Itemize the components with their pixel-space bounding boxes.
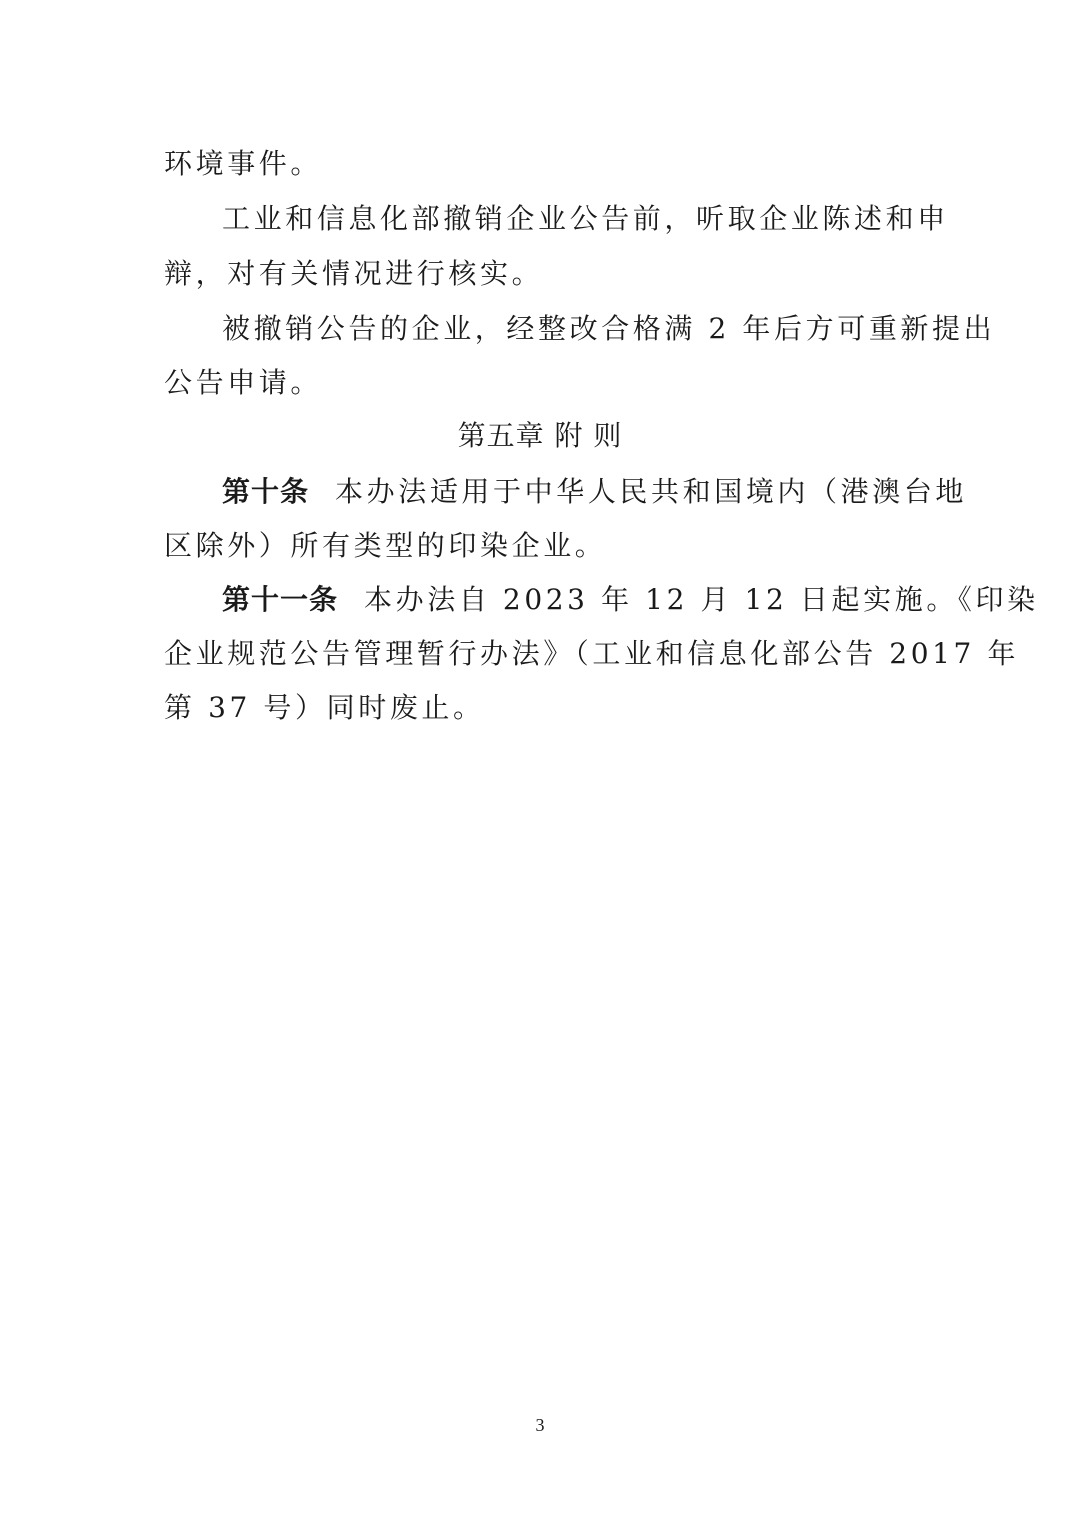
article-label: 第十一条 [222,583,338,616]
paragraph-line: 区除外）所有类型的印染企业。 [164,526,916,566]
paragraph-line: 辩，对有关情况进行核实。 [164,254,916,294]
document-page: 环境事件。 工业和信息化部撤销企业公告前，听取企业陈述和申 辩，对有关情况进行核… [0,0,1080,1526]
article-label: 第十条 [222,475,309,508]
article-text: 本办法自 2023 年 12 月 12 日起实施。《印染 [364,583,1039,616]
paragraph-line: 工业和信息化部撤销企业公告前，听取企业陈述和申 [222,199,916,239]
chapter-heading: 第五章 附 则 [0,416,1080,456]
paragraph-line: 公告申请。 [164,363,916,403]
paragraph-line: 企业规范公告管理暂行办法》（工业和信息化部公告 2017 年 [164,634,916,674]
paragraph-line: 环境事件。 [164,144,916,184]
article-10-line: 第十条本办法适用于中华人民共和国境内（港澳台地 [222,472,916,512]
paragraph-line: 第 37 号）同时废止。 [164,688,916,728]
article-text: 本办法适用于中华人民共和国境内（港澳台地 [335,475,967,508]
article-11-line: 第十一条本办法自 2023 年 12 月 12 日起实施。《印染 [222,580,916,620]
page-number: 3 [0,1414,1080,1436]
paragraph-line: 被撤销公告的企业，经整改合格满 2 年后方可重新提出 [222,309,916,349]
